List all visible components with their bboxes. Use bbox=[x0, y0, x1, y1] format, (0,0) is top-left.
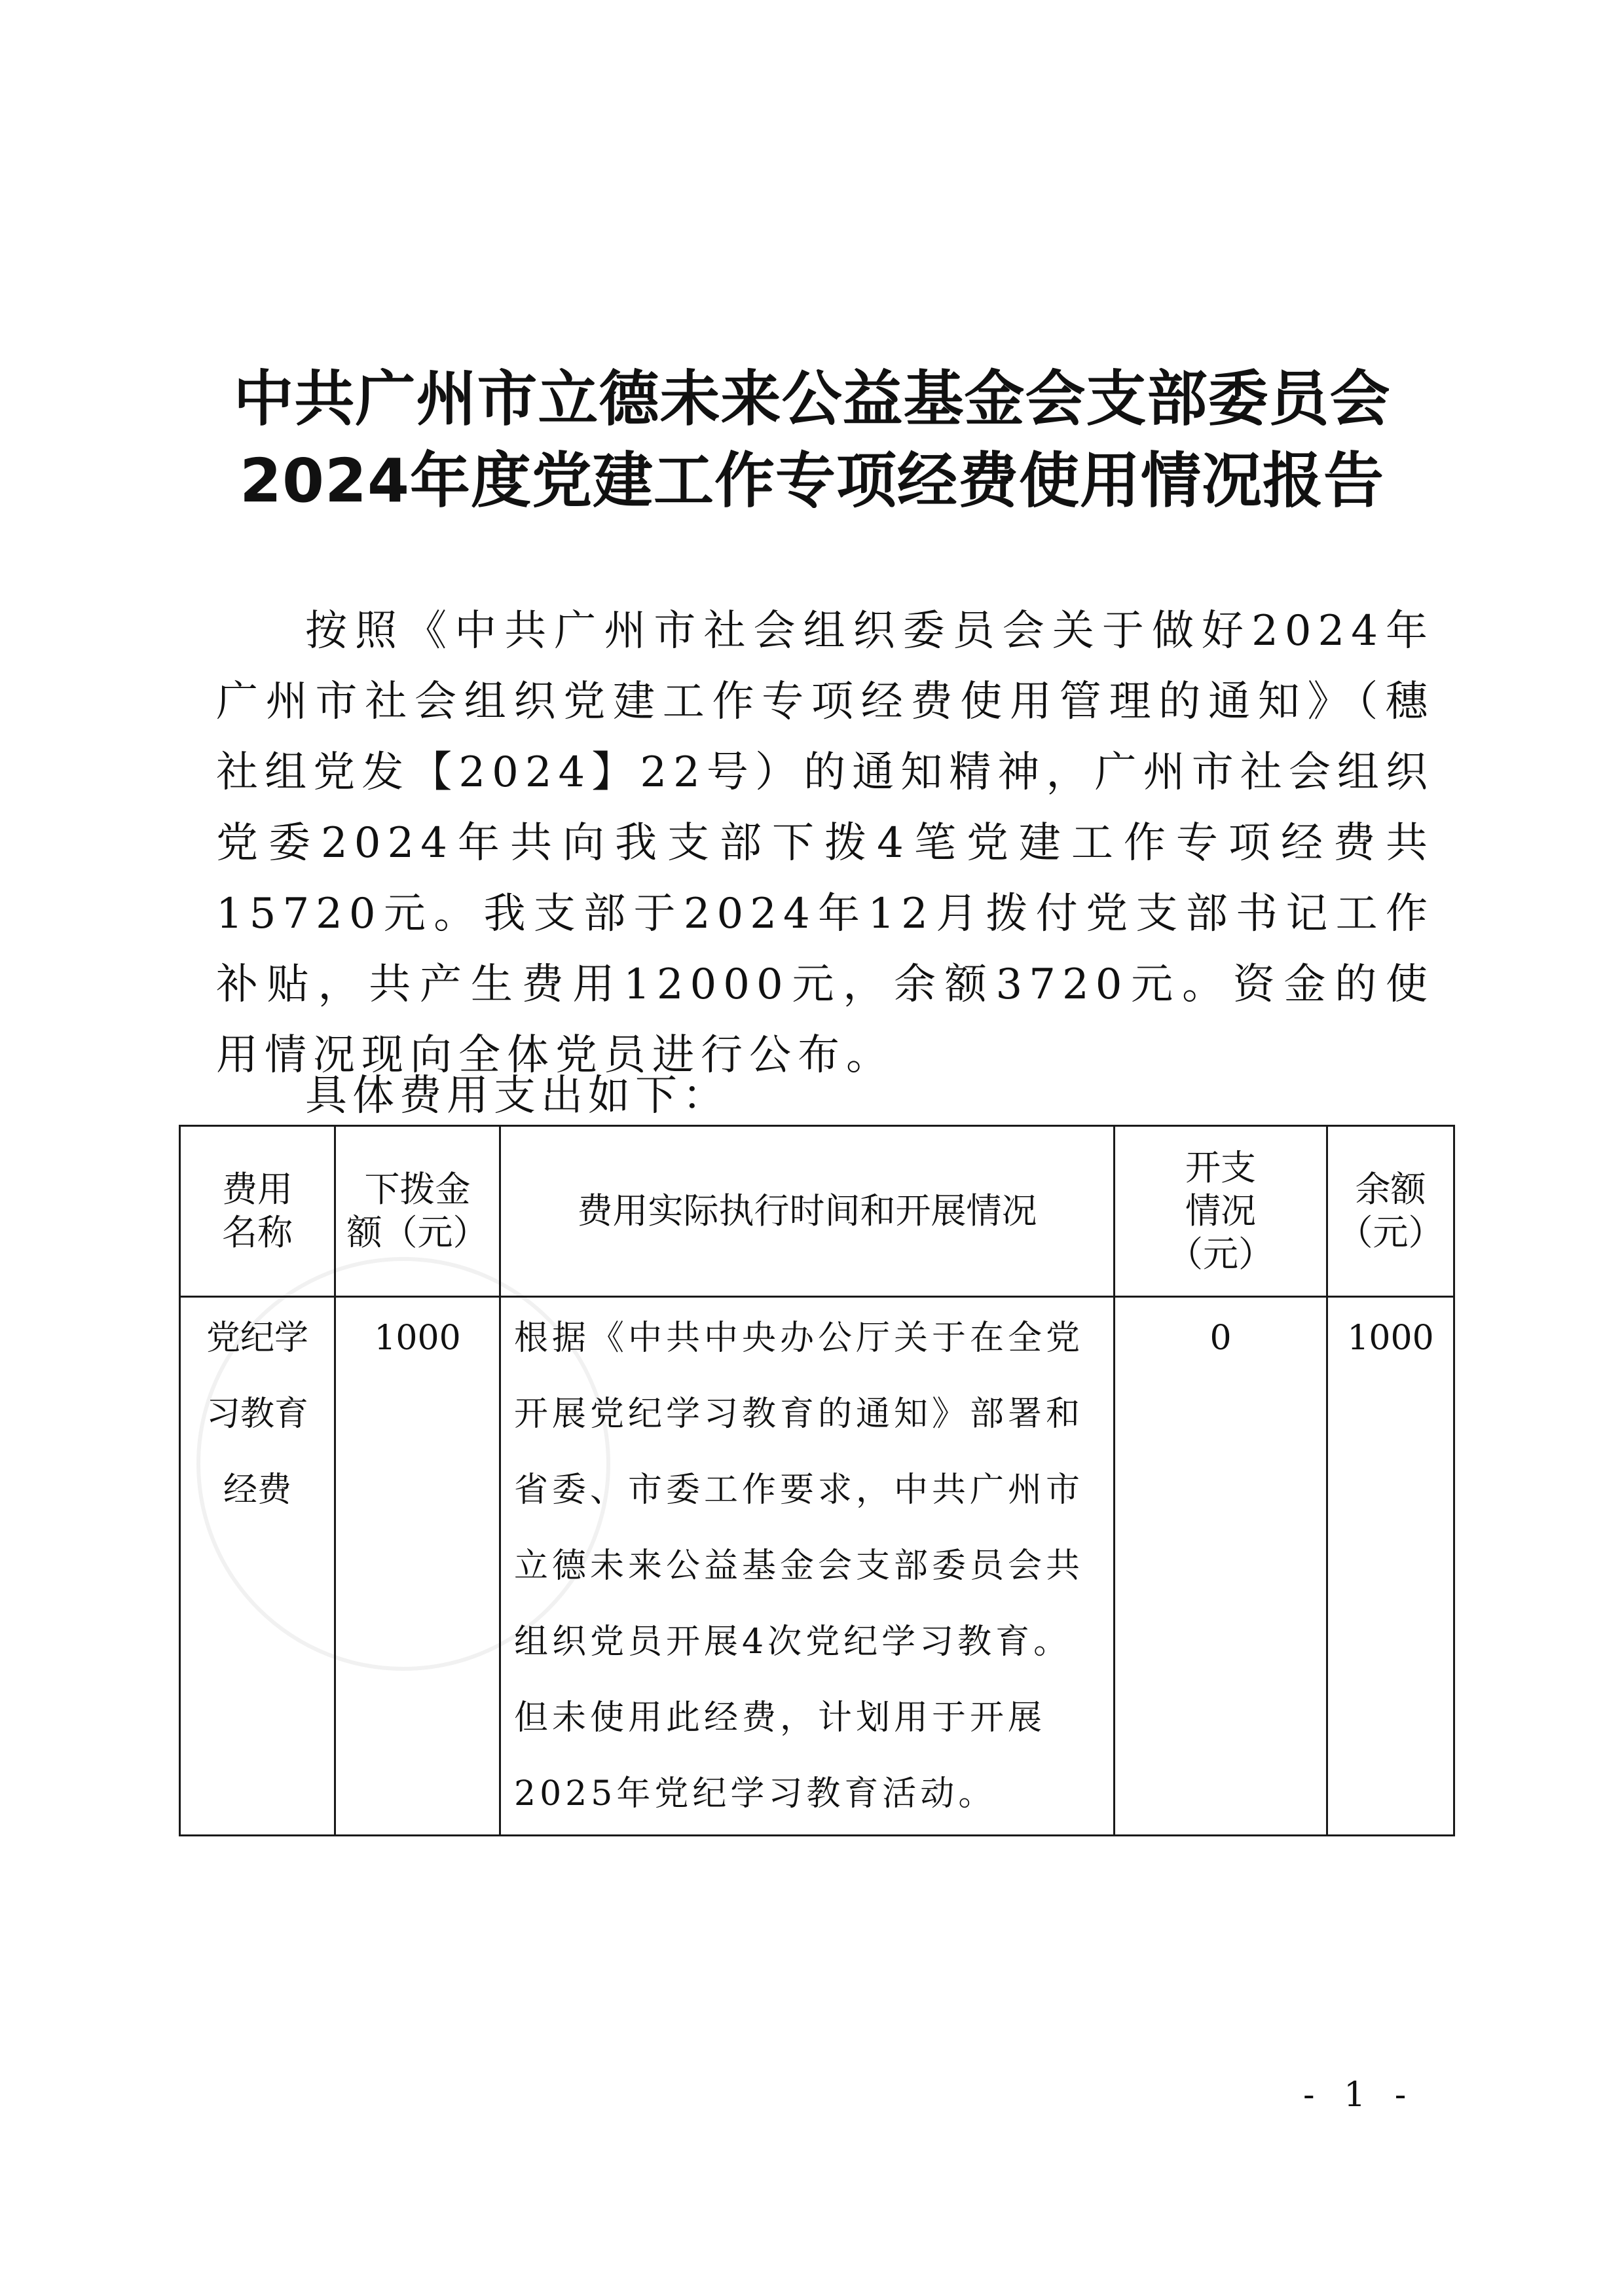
header-expenditure: 开支 情况 （元） bbox=[1115, 1126, 1327, 1297]
document-title-line2: 2024年度党建工作专项经费使用情况报告 bbox=[0, 439, 1624, 524]
header-execution-details: 费用实际执行时间和开展情况 bbox=[500, 1126, 1115, 1297]
document-title-line1: 中共广州市立德未来公益基金会支部委员会 bbox=[0, 357, 1624, 442]
header-balance: 余额 （元） bbox=[1327, 1126, 1454, 1297]
intro-text: 按照《中共广州市社会组织委员会关于做好2024年广州市社会组织党建工作专项经费使… bbox=[216, 596, 1434, 1091]
detail-intro: 具体费用支出如下： bbox=[305, 1061, 1523, 1131]
cell-fee-name: 党纪学 习教育 经费 bbox=[180, 1297, 335, 1836]
cell-allocated: 1000 bbox=[335, 1297, 500, 1836]
intro-paragraph: 按照《中共广州市社会组织委员会关于做好2024年广州市社会组织党建工作专项经费使… bbox=[216, 596, 1434, 1091]
header-allocated-amount: 下拨金 额（元） bbox=[335, 1126, 500, 1297]
table-row: 党纪学 习教育 经费 1000 根据《中共中央办公厅关于在全党开展党纪学习教育的… bbox=[180, 1297, 1454, 1836]
expense-table: 费用 名称 下拨金 额（元） 费用实际执行时间和开展情况 开支 情况 （元） 余… bbox=[179, 1125, 1455, 1836]
page-number: - 1 - bbox=[1303, 2075, 1415, 2115]
header-fee-name: 费用 名称 bbox=[180, 1126, 335, 1297]
table-header-row: 费用 名称 下拨金 额（元） 费用实际执行时间和开展情况 开支 情况 （元） 余… bbox=[180, 1126, 1454, 1297]
cell-spent: 0 bbox=[1115, 1297, 1327, 1836]
cell-balance: 1000 bbox=[1327, 1297, 1454, 1836]
cell-description: 根据《中共中央办公厅关于在全党开展党纪学习教育的通知》部署和省委、市委工作要求，… bbox=[500, 1297, 1115, 1836]
